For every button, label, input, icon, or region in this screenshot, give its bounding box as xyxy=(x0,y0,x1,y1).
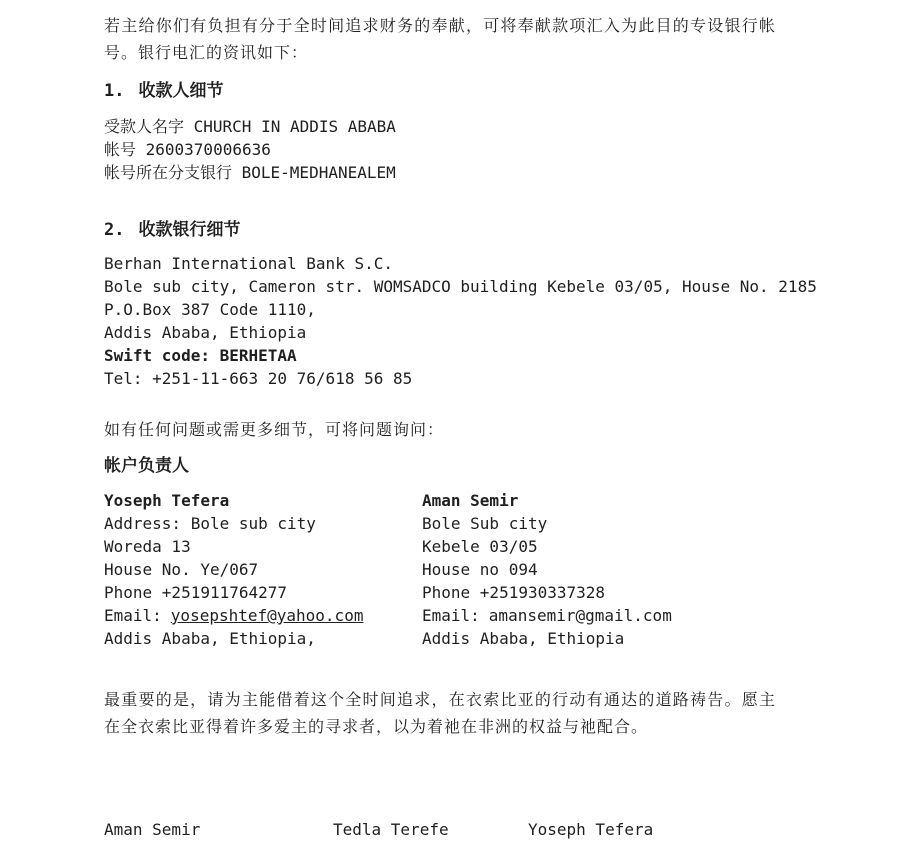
section1-title: 收款人细节 xyxy=(138,81,223,101)
contact-city-line: Addis Ababa, Ethiopia xyxy=(422,627,804,650)
swift-code-line: Swift code: BERHETAA xyxy=(104,344,804,367)
contact-note: 如有任何问题或需更多细节，可将问题询问： xyxy=(104,416,804,443)
contact-name: Yoseph Tefera xyxy=(104,489,422,512)
contact-woreda-line: Woreda 13 xyxy=(104,535,422,558)
bank-pobox-line: P.O.Box 387 Code 1110, xyxy=(104,298,804,321)
recipient-name-line: 受款人名字 CHURCH IN ADDIS ABABA xyxy=(104,115,804,138)
contact-name: Aman Semir xyxy=(422,489,804,512)
contact-email-line: Email:yosepshtef@yahoo.com xyxy=(104,604,422,627)
section1-heading: 1.收款人细节 xyxy=(104,78,804,105)
recipient-details-block: 受款人名字 CHURCH IN ADDIS ABABA 帐号 260037000… xyxy=(104,115,804,184)
signature-row: Aman Semir Tedla Terefe Yoseph Tefera xyxy=(104,818,804,841)
bank-address-line: Bole sub city, Cameron str. WOMSADCO bui… xyxy=(104,275,804,298)
managers-heading: 帐户负责人 xyxy=(104,453,804,480)
contact-email-line: Email:amansemir@gmail.com xyxy=(422,604,804,627)
email-label: Email: xyxy=(422,606,480,625)
contact-house-line: House No. Ye/067 xyxy=(104,558,422,581)
email-text: amansemir@gmail.com xyxy=(489,606,672,625)
contact-house-line: House no 094 xyxy=(422,558,804,581)
contact-address-line: Address: Bole sub city xyxy=(104,512,422,535)
section2-heading: 2.收款银行细节 xyxy=(104,217,804,244)
contacts-columns: Yoseph Tefera Address: Bole sub city Wor… xyxy=(104,489,804,650)
contact-yoseph: Yoseph Tefera Address: Bole sub city Wor… xyxy=(104,489,422,650)
contact-kebele-line: Kebele 03/05 xyxy=(422,535,804,558)
closing-paragraph: 最重要的是，请为主能借着这个全时间追求，在衣索比亚的行动有通达的道路祷告。愿主在… xyxy=(104,686,776,740)
bank-tel-line: Tel: +251-11-663 20 76/618 56 85 xyxy=(104,367,804,390)
document-page: 若主给你们有负担有分于全时间追求财务的奉献，可将奉献款项汇入为此目的专设银行帐号… xyxy=(0,0,804,841)
account-number-line: 帐号 2600370006636 xyxy=(104,138,804,161)
contact-address-line: Bole Sub city xyxy=(422,512,804,535)
signature-aman: Aman Semir xyxy=(104,818,200,841)
section2-number: 2. xyxy=(104,217,124,244)
email-label: Email: xyxy=(104,606,162,625)
intro-paragraph: 若主给你们有负担有分于全时间追求财务的奉献，可将奉献款项汇入为此目的专设银行帐号… xyxy=(104,12,776,66)
signature-yoseph: Yoseph Tefera xyxy=(528,818,653,841)
contact-phone-line: Phone +251930337328 xyxy=(422,581,804,604)
section2-title: 收款银行细节 xyxy=(138,220,240,240)
bank-city-line: Addis Ababa, Ethiopia xyxy=(104,321,804,344)
email-link[interactable]: yosepshtef@yahoo.com xyxy=(171,606,364,625)
contact-aman: Aman Semir Bole Sub city Kebele 03/05 Ho… xyxy=(422,489,804,650)
bank-details-block: Berhan International Bank S.C. Bole sub … xyxy=(104,252,804,390)
contact-city-line: Addis Ababa, Ethiopia, xyxy=(104,627,422,650)
section1-number: 1. xyxy=(104,78,124,105)
signature-tedla: Tedla Terefe xyxy=(333,818,449,841)
branch-line: 帐号所在分支银行 BOLE-MEDHANEALEM xyxy=(104,161,804,184)
bank-name-line: Berhan International Bank S.C. xyxy=(104,252,804,275)
contact-phone-line: Phone +251911764277 xyxy=(104,581,422,604)
